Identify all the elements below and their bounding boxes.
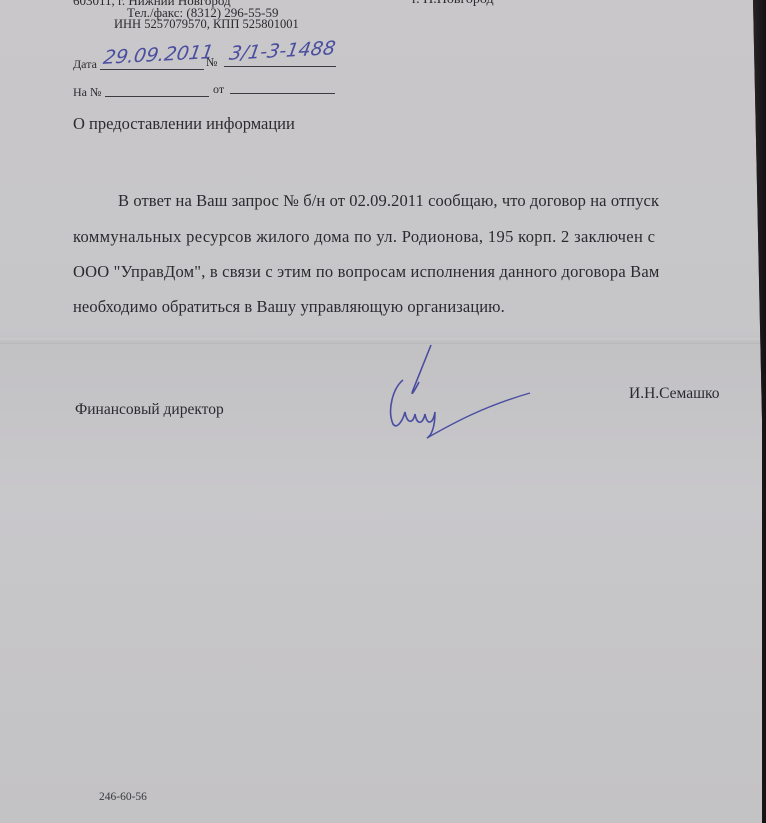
letterhead-city: г. Н.Новгород — [412, 0, 494, 8]
ref-number-field — [105, 96, 209, 97]
ref-from-field — [230, 93, 335, 94]
number-underline — [224, 66, 336, 67]
body-line-1: В ответ на Ваш запрос № б/н от 02.09.201… — [118, 191, 659, 211]
subject-line: О предоставлении информации — [73, 114, 295, 134]
ref-number-label: На № — [73, 85, 101, 100]
executor-phone: 246-60-56 — [99, 791, 147, 803]
date-label: Дата — [73, 57, 97, 72]
date-underline — [100, 69, 204, 70]
body-line-3: ООО "УправДом", в связи с этим по вопрос… — [73, 262, 660, 282]
signatory-name: И.Н.Семашко — [629, 385, 720, 403]
letterhead-inn: ИНН 5257079570, КПП 525801001 — [114, 17, 299, 32]
number-label: № — [206, 55, 217, 70]
body-line-4: необходимо обратиться в Вашу управляющую… — [73, 297, 505, 317]
body-line-2: коммунальных ресурсов жилого дома по ул.… — [73, 227, 655, 247]
handwritten-signature — [365, 340, 545, 440]
signatory-position: Финансовый директор — [75, 401, 224, 419]
ref-from-label: от — [213, 82, 224, 97]
